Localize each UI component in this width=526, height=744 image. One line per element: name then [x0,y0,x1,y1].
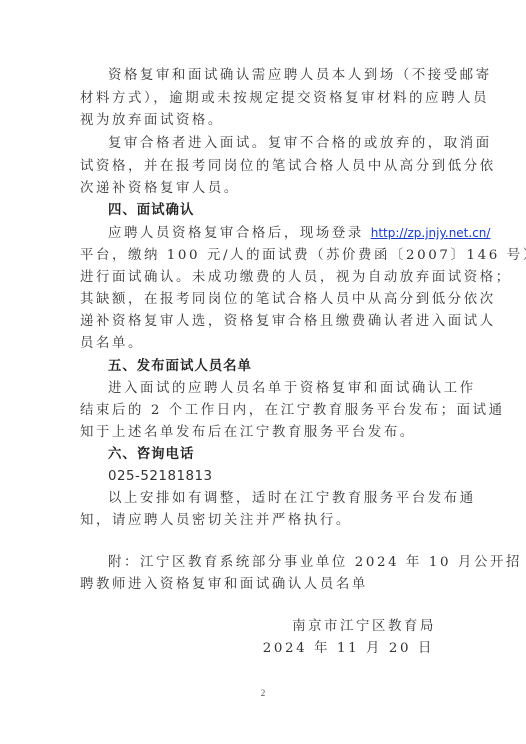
contact-phone: 025-52181813 [108,466,444,488]
paragraph-line: 复审合格者进入面试。复审不合格的或放弃的，取消面 [108,133,444,155]
paragraph-line: 知于上述名单发布后在江宁教育服务平台发布。 [80,422,444,444]
paragraph-line: 材料方式），逾期或未按规定提交资格复审材料的应聘人员 [80,88,444,110]
paragraph-line: 以上安排如有调整，适时在江宁教育服务平台发布通 [108,488,444,510]
paragraph-line: 视为放弃面试资格。 [80,110,444,132]
section-heading-publish-list: 五、发布面试人员名单 [108,356,444,378]
paragraph-line: 次递补资格复审人员。 [80,178,444,200]
section-heading-contact: 六、咨询电话 [108,444,444,466]
paragraph-line: 进行面试确认。未成功缴费的人员，视为自动放弃面试资格； [80,267,444,289]
paragraph-line: 进入面试的应聘人员名单于资格复审和面试确认工作 [108,378,444,400]
paragraph-text: 应聘人员资格复审合格后，现场登录 [108,226,371,241]
page-number: 2 [0,688,526,698]
section-heading-interview-confirmation: 四、面试确认 [108,200,444,222]
document-page: 资格复审和面试确认需应聘人员本人到场（不接受邮寄 材料方式），逾期或未按规定提交… [0,0,526,744]
paragraph-line: 员名单。 [80,333,444,355]
paragraph-line: 知，请应聘人员密切关注并严格执行。 [80,510,444,532]
platform-link[interactable]: http://zp.jnjy.net.cn/ [371,226,491,240]
paragraph-line: 其缺额，在报考同岗位的笔试合格人员中从高分到低分依次 [80,289,444,311]
paragraph-line: 递补资格复审人选，资格复审合格且缴费确认者进入面试人 [80,311,444,333]
signature-org: 南京市江宁区教育局 [292,616,436,638]
paragraph-line: 应聘人员资格复审合格后，现场登录 http://zp.jnjy.net.cn/ [108,222,444,245]
attachment-line: 附：江宁区教育系统部分事业单位 2024 年 10 月公开招 [108,552,444,574]
signature-date: 2024 年 11 月 20 日 [263,638,434,660]
paragraph-line: 试资格，并在报考同岗位的笔试合格人员中从高分到低分依 [80,156,444,178]
paragraph-line: 结束后的 2 个工作日内，在江宁教育服务平台发布；面试通 [80,400,444,422]
paragraph-line: 资格复审和面试确认需应聘人员本人到场（不接受邮寄 [108,65,444,87]
attachment-line: 聘教师进入资格复审和面试确认人员名单 [80,574,444,596]
paragraph-line: 平台，缴纳 100 元/人的面试费（苏价费函〔2007〕146 号）， [80,245,444,267]
